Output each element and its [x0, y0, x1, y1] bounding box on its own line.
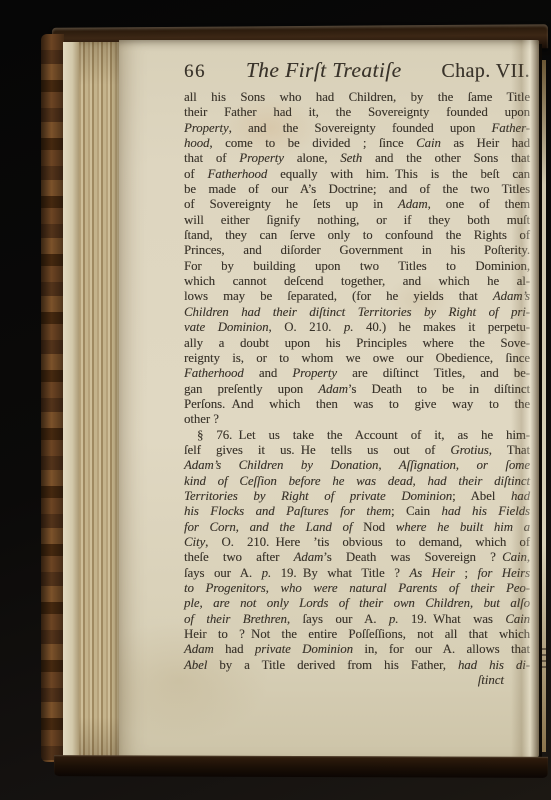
- text-line: ally a doubt upon his Principles where t…: [184, 336, 530, 351]
- text-line: Property, and the Sovereignty founded up…: [184, 121, 530, 136]
- text-line: to Progenitors, who were natural Parents…: [184, 581, 530, 596]
- text-line: of their Brethren, ſays our A. p. 19. Wh…: [184, 612, 530, 627]
- photo-background: 66 The Firſt Treatiſe Chap. VII. all his…: [0, 0, 551, 800]
- text-line: will either ſignify nothing, or if they …: [184, 213, 530, 228]
- text-line: ſays our A. p. 19. By what Title ? As He…: [184, 566, 530, 581]
- book-page: 66 The Firſt Treatiſe Chap. VII. all his…: [119, 40, 539, 759]
- adjacent-page-text-marks: [542, 648, 546, 672]
- book-spine: [41, 34, 64, 762]
- text-line: Abel by a Title derived from his Father,…: [184, 658, 530, 673]
- text-line: City, O. 210. Here ’tis obvious to deman…: [184, 535, 530, 550]
- text-line: Perſons. And which then was to give way …: [184, 397, 530, 412]
- text-line: For by building upon two Titles to Domin…: [184, 259, 530, 274]
- text-line: ſelf gives it us. He tells us out of Gro…: [184, 443, 530, 458]
- text-line: that of Property alone, Seth and the oth…: [184, 151, 530, 166]
- text-line: Fatherhood and Property are diſtinct Tit…: [184, 366, 530, 381]
- text-line: of Sovereignty he ſets up in Adam, one o…: [184, 197, 530, 212]
- text-line: other ?: [184, 412, 530, 427]
- text-line: for Corn, and the Land of Nod where he b…: [184, 520, 530, 535]
- text-line: § 76. Let us take the Account of it, as …: [184, 428, 530, 443]
- text-line: ſtand, they can ſerve only to confound t…: [184, 228, 530, 243]
- text-line: kind of Ceſſion before he was dead, had …: [184, 474, 530, 489]
- text-line: Adam had private Dominion in, for our A.…: [184, 642, 530, 657]
- text-line: hood, come to be divided ; ſince Cain as…: [184, 136, 530, 151]
- text-line: lows may be ſeparated, (for he yields th…: [184, 289, 530, 304]
- text-line: Heir to ? Not the entire Poſſeſſions, no…: [184, 627, 530, 642]
- text-line: be made of our A’s Doctrine; and of the …: [184, 182, 530, 197]
- text-line: their Father had it, the Sovereignty fou…: [184, 105, 530, 120]
- catchword: ſtinct: [184, 673, 530, 688]
- running-title: The Firſt Treatiſe: [246, 58, 402, 83]
- gutter-page-curl: [63, 42, 80, 760]
- text-line: all his Sons who had Children, by the ſa…: [184, 90, 530, 105]
- text-line: his Flocks and Paſtures for them; Cain h…: [184, 504, 530, 519]
- text-line: gan preſently upon Adam’s Death to be in…: [184, 382, 530, 397]
- text-line: reignty is, or to whom we owe our Obedie…: [184, 351, 530, 366]
- page-crease: [511, 40, 539, 759]
- body-text-lines: all his Sons who had Children, by the ſa…: [184, 90, 530, 673]
- text-line: of Fatherhood equally with him. This is …: [184, 167, 530, 182]
- text-line: vate Dominion, O. 210. p. 40.) he makes …: [184, 320, 530, 335]
- page-header: 66 The Firſt Treatiſe Chap. VII.: [184, 58, 530, 83]
- text-line: ple, are not only Lords of their own Chi…: [184, 596, 530, 611]
- text-line: which cannot deſcend together, and which…: [184, 274, 530, 289]
- book-bottom-cover-edge: [54, 755, 548, 778]
- text-block: 66 The Firſt Treatiſe Chap. VII. all his…: [184, 58, 530, 688]
- text-line: Adam’s Children by Donation, Aſſignation…: [184, 458, 530, 473]
- text-line: Princes, and diſorder Government in his …: [184, 243, 530, 258]
- text-line: Territories by Right of private Dominion…: [184, 489, 530, 504]
- text-line: theſe two after Adam’s Death was Soverei…: [184, 550, 530, 565]
- text-line: Children had their diſtinct Territories …: [184, 305, 530, 320]
- page-number: 66: [184, 61, 206, 83]
- page-edges-stack: [79, 42, 120, 760]
